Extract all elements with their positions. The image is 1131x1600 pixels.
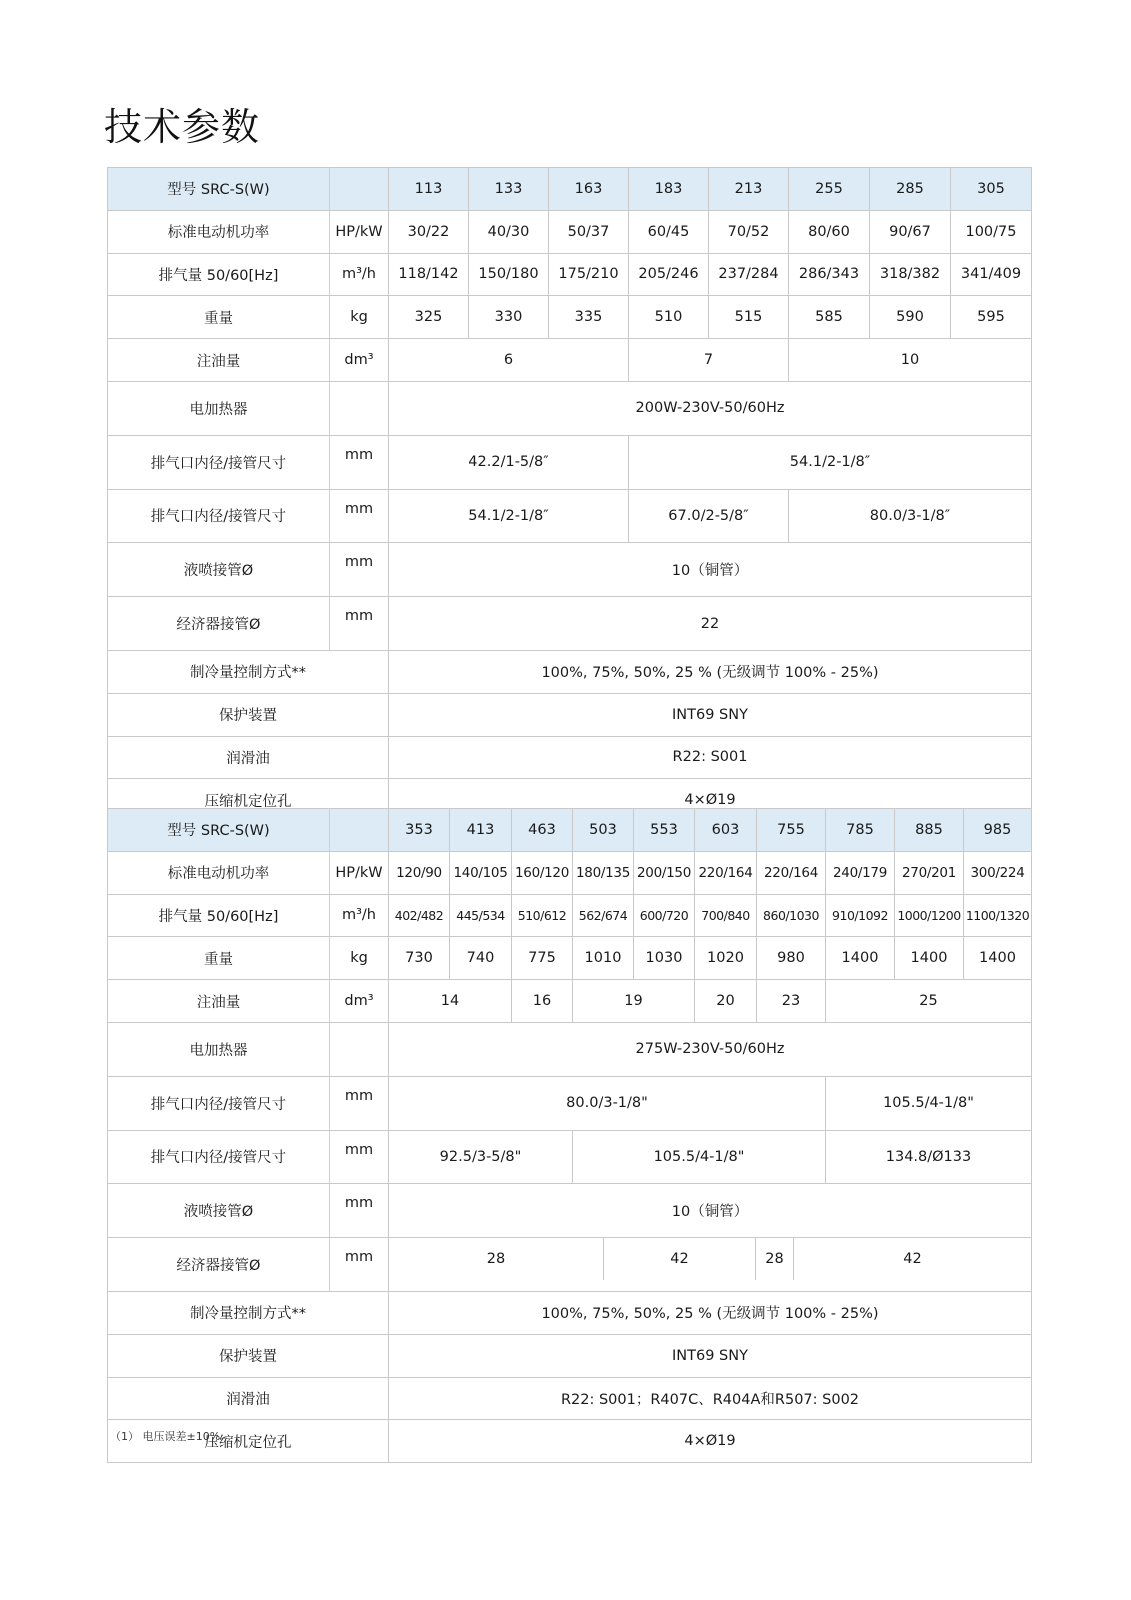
value-cell: 23 bbox=[757, 980, 826, 1023]
row-label: 排气口内径/接管尺寸 bbox=[108, 489, 330, 543]
value-cell: 1100/1320 bbox=[964, 894, 1032, 937]
value-cell: 42 bbox=[793, 1238, 1031, 1280]
value-cell: 910/1092 bbox=[826, 894, 895, 937]
value-cell: 100%, 75%, 50%, 25 % (无级调节 100% - 25%) bbox=[389, 1291, 1032, 1334]
page-title: 技术参数 bbox=[104, 96, 260, 151]
value-cell: 20 bbox=[695, 980, 757, 1023]
model-cell: 785 bbox=[826, 809, 895, 852]
value-cell: 67.0/2-5/8″ bbox=[629, 489, 789, 543]
value-cell: 105.5/4-1/8" bbox=[573, 1130, 826, 1184]
table-row-discharge-1: 排气口内径/接管尺寸 mm 42.2/1-5/8″ 54.1/2-1/8″ bbox=[108, 435, 1032, 489]
value-cell: 1020 bbox=[695, 937, 757, 980]
unit-cell: mm bbox=[330, 1238, 389, 1292]
model-cell: 163 bbox=[549, 168, 629, 211]
table-row-oil-charge: 注油量 dm³ 14 16 19 20 23 25 bbox=[108, 980, 1032, 1023]
value-cell: 60/45 bbox=[629, 210, 709, 253]
model-cell: 553 bbox=[634, 809, 695, 852]
unit-cell bbox=[330, 168, 389, 211]
value-cell: 92.5/3-5/8" bbox=[389, 1130, 573, 1184]
value-cell: 80.0/3-1/8″ bbox=[789, 489, 1032, 543]
value-cell: 100/75 bbox=[951, 210, 1032, 253]
table-row-power: 标准电动机功率 HP/kW 120/90 140/105 160/120 180… bbox=[108, 851, 1032, 894]
table-row-oil-charge: 注油量 dm³ 6 7 10 bbox=[108, 339, 1032, 382]
unit-cell bbox=[330, 1022, 389, 1076]
unit-cell: mm bbox=[330, 597, 389, 651]
value-cell: 6 bbox=[389, 339, 629, 382]
row-label: 排气量 50/60[Hz] bbox=[108, 253, 330, 296]
table-row-weight: 重量 kg 730 740 775 1010 1030 1020 980 140… bbox=[108, 937, 1032, 980]
value-cell: 860/1030 bbox=[757, 894, 826, 937]
value-cell: 341/409 bbox=[951, 253, 1032, 296]
row-label: 电加热器 bbox=[108, 1022, 330, 1076]
value-cell: 220/164 bbox=[757, 851, 826, 894]
table-row-liquid-injection: 液喷接管Ø mm 10（铜管） bbox=[108, 1184, 1032, 1238]
value-cell: 240/179 bbox=[826, 851, 895, 894]
value-cell: 10（铜管） bbox=[389, 1184, 1032, 1238]
table-row-displacement: 排气量 50/60[Hz] m³/h 402/482 445/534 510/6… bbox=[108, 894, 1032, 937]
model-cell: 255 bbox=[789, 168, 870, 211]
row-label: 制冷量控制方式** bbox=[108, 650, 389, 693]
unit-cell: dm³ bbox=[330, 980, 389, 1023]
model-cell: 755 bbox=[757, 809, 826, 852]
row-label: 标准电动机功率 bbox=[108, 851, 330, 894]
value-cell: 510/612 bbox=[512, 894, 573, 937]
value-cell: 510 bbox=[629, 296, 709, 339]
value-cell: INT69 SNY bbox=[389, 1334, 1032, 1377]
table-row-liquid-injection: 液喷接管Ø mm 10（铜管） bbox=[108, 543, 1032, 597]
row-label: 注油量 bbox=[108, 339, 330, 382]
value-cell: 42 bbox=[603, 1238, 755, 1280]
row-label: 保护装置 bbox=[108, 693, 389, 736]
model-cell: 305 bbox=[951, 168, 1032, 211]
value-cell: 700/840 bbox=[695, 894, 757, 937]
table-row-capacity-control: 制冷量控制方式** 100%, 75%, 50%, 25 % (无级调节 100… bbox=[108, 650, 1032, 693]
table-row-model: 型号 SRC-S(W) 353 413 463 503 553 603 755 … bbox=[108, 809, 1032, 852]
model-label: 型号 SRC-S(W) bbox=[108, 168, 330, 211]
value-cell: 515 bbox=[709, 296, 789, 339]
value-cell: 585 bbox=[789, 296, 870, 339]
value-cell: 1030 bbox=[634, 937, 695, 980]
value-cell: 150/180 bbox=[469, 253, 549, 296]
value-cell: 7 bbox=[629, 339, 789, 382]
table-row-discharge-2: 排气口内径/接管尺寸 mm 92.5/3-5/8" 105.5/4-1/8" 1… bbox=[108, 1130, 1032, 1184]
value-cell: INT69 SNY bbox=[389, 693, 1032, 736]
value-cell: 237/284 bbox=[709, 253, 789, 296]
row-label: 排气量 50/60[Hz] bbox=[108, 894, 330, 937]
model-cell: 503 bbox=[573, 809, 634, 852]
table-row-lubricant: 润滑油 R22: S001；R407C、R404A和R507: S002 bbox=[108, 1377, 1032, 1420]
value-cell: 30/22 bbox=[389, 210, 469, 253]
value-cell: 118/142 bbox=[389, 253, 469, 296]
model-cell: 413 bbox=[450, 809, 512, 852]
value-cell: 325 bbox=[389, 296, 469, 339]
row-label: 经济器接管Ø bbox=[108, 1238, 330, 1292]
row-label: 重量 bbox=[108, 296, 330, 339]
spec-table-2: 型号 SRC-S(W) 353 413 463 503 553 603 755 … bbox=[107, 808, 1032, 1463]
economizer-split-cell: 28 42 28 42 bbox=[389, 1238, 1032, 1292]
table-row-protection: 保护装置 INT69 SNY bbox=[108, 1334, 1032, 1377]
unit-cell: mm bbox=[330, 1184, 389, 1238]
row-label: 经济器接管Ø bbox=[108, 597, 330, 651]
unit-cell: dm³ bbox=[330, 339, 389, 382]
value-cell: 270/201 bbox=[895, 851, 964, 894]
value-cell: 220/164 bbox=[695, 851, 757, 894]
model-label: 型号 SRC-S(W) bbox=[108, 809, 330, 852]
value-cell: R22: S001；R407C、R404A和R507: S002 bbox=[389, 1377, 1032, 1420]
table-row-heater: 电加热器 200W-230V-50/60Hz bbox=[108, 381, 1032, 435]
value-cell: 19 bbox=[573, 980, 695, 1023]
row-label: 润滑油 bbox=[108, 736, 389, 779]
value-cell: 330 bbox=[469, 296, 549, 339]
value-cell: 600/720 bbox=[634, 894, 695, 937]
row-label: 保护装置 bbox=[108, 1334, 389, 1377]
value-cell: 205/246 bbox=[629, 253, 709, 296]
row-label: 电加热器 bbox=[108, 381, 330, 435]
spec-table-1: 型号 SRC-S(W) 113 133 163 183 213 255 285 … bbox=[107, 167, 1032, 822]
value-cell: 335 bbox=[549, 296, 629, 339]
row-label: 液喷接管Ø bbox=[108, 1184, 330, 1238]
value-cell: 25 bbox=[826, 980, 1032, 1023]
unit-cell: HP/kW bbox=[330, 210, 389, 253]
table-row-lubricant: 润滑油 R22: S001 bbox=[108, 736, 1032, 779]
value-cell: 300/224 bbox=[964, 851, 1032, 894]
value-cell: 4×Ø19 bbox=[389, 1420, 1032, 1463]
value-cell: 90/67 bbox=[870, 210, 951, 253]
value-cell: 318/382 bbox=[870, 253, 951, 296]
unit-cell: kg bbox=[330, 937, 389, 980]
model-cell: 885 bbox=[895, 809, 964, 852]
unit-cell: mm bbox=[330, 435, 389, 489]
row-label: 排气口内径/接管尺寸 bbox=[108, 1076, 330, 1130]
unit-cell: mm bbox=[330, 1130, 389, 1184]
value-cell: 140/105 bbox=[450, 851, 512, 894]
table-row-protection: 保护装置 INT69 SNY bbox=[108, 693, 1032, 736]
unit-cell bbox=[330, 809, 389, 852]
table-row-economizer: 经济器接管Ø mm 28 42 28 42 bbox=[108, 1238, 1032, 1292]
value-cell: 42.2/1-5/8″ bbox=[389, 435, 629, 489]
footnote: （1） 电压误差±10% bbox=[110, 1428, 220, 1444]
value-cell: 1400 bbox=[826, 937, 895, 980]
value-cell: 175/210 bbox=[549, 253, 629, 296]
value-cell: 80.0/3-1/8" bbox=[389, 1076, 826, 1130]
value-cell: 730 bbox=[389, 937, 450, 980]
value-cell: 562/674 bbox=[573, 894, 634, 937]
value-cell: 100%, 75%, 50%, 25 % (无级调节 100% - 25%) bbox=[389, 650, 1032, 693]
row-label: 排气口内径/接管尺寸 bbox=[108, 1130, 330, 1184]
model-cell: 985 bbox=[964, 809, 1032, 852]
value-cell: 275W-230V-50/60Hz bbox=[389, 1022, 1032, 1076]
model-cell: 603 bbox=[695, 809, 757, 852]
value-cell: 1400 bbox=[964, 937, 1032, 980]
value-cell: 105.5/4-1/8" bbox=[826, 1076, 1032, 1130]
value-cell: 22 bbox=[389, 597, 1032, 651]
table-row-model: 型号 SRC-S(W) 113 133 163 183 213 255 285 … bbox=[108, 168, 1032, 211]
row-label: 注油量 bbox=[108, 980, 330, 1023]
value-cell: 200W-230V-50/60Hz bbox=[389, 381, 1032, 435]
value-cell: 28 bbox=[389, 1238, 603, 1280]
model-cell: 213 bbox=[709, 168, 789, 211]
value-cell: 590 bbox=[870, 296, 951, 339]
unit-cell: m³/h bbox=[330, 253, 389, 296]
value-cell: 595 bbox=[951, 296, 1032, 339]
row-label: 制冷量控制方式** bbox=[108, 1291, 389, 1334]
table-row-discharge-2: 排气口内径/接管尺寸 mm 54.1/2-1/8″ 67.0/2-5/8″ 80… bbox=[108, 489, 1032, 543]
value-cell: 160/120 bbox=[512, 851, 573, 894]
table-row-capacity-control: 制冷量控制方式** 100%, 75%, 50%, 25 % (无级调节 100… bbox=[108, 1291, 1032, 1334]
table-row-discharge-1: 排气口内径/接管尺寸 mm 80.0/3-1/8" 105.5/4-1/8" bbox=[108, 1076, 1032, 1130]
unit-cell: mm bbox=[330, 1076, 389, 1130]
value-cell: 180/135 bbox=[573, 851, 634, 894]
unit-cell: mm bbox=[330, 543, 389, 597]
model-cell: 133 bbox=[469, 168, 549, 211]
value-cell: 134.8/Ø133 bbox=[826, 1130, 1032, 1184]
value-cell: 54.1/2-1/8″ bbox=[389, 489, 629, 543]
value-cell: 1400 bbox=[895, 937, 964, 980]
row-label: 液喷接管Ø bbox=[108, 543, 330, 597]
value-cell: 1010 bbox=[573, 937, 634, 980]
value-cell: R22: S001 bbox=[389, 736, 1032, 779]
unit-cell: kg bbox=[330, 296, 389, 339]
table-row-mounting: 压缩机定位孔 4×Ø19 bbox=[108, 1420, 1032, 1463]
value-cell: 1000/1200 bbox=[895, 894, 964, 937]
value-cell: 54.1/2-1/8″ bbox=[629, 435, 1032, 489]
unit-cell bbox=[330, 381, 389, 435]
table-row-heater: 电加热器 275W-230V-50/60Hz bbox=[108, 1022, 1032, 1076]
value-cell: 50/37 bbox=[549, 210, 629, 253]
value-cell: 80/60 bbox=[789, 210, 870, 253]
value-cell: 14 bbox=[389, 980, 512, 1023]
value-cell: 980 bbox=[757, 937, 826, 980]
value-cell: 775 bbox=[512, 937, 573, 980]
row-label: 标准电动机功率 bbox=[108, 210, 330, 253]
row-label: 润滑油 bbox=[108, 1377, 389, 1420]
value-cell: 200/150 bbox=[634, 851, 695, 894]
model-cell: 463 bbox=[512, 809, 573, 852]
table-row-weight: 重量 kg 325 330 335 510 515 585 590 595 bbox=[108, 296, 1032, 339]
value-cell: 40/30 bbox=[469, 210, 549, 253]
unit-cell: HP/kW bbox=[330, 851, 389, 894]
model-cell: 353 bbox=[389, 809, 450, 852]
value-cell: 120/90 bbox=[389, 851, 450, 894]
model-cell: 113 bbox=[389, 168, 469, 211]
value-cell: 10 bbox=[789, 339, 1032, 382]
table-row-displacement: 排气量 50/60[Hz] m³/h 118/142 150/180 175/2… bbox=[108, 253, 1032, 296]
value-cell: 28 bbox=[755, 1238, 793, 1280]
row-label: 重量 bbox=[108, 937, 330, 980]
unit-cell: mm bbox=[330, 489, 389, 543]
model-cell: 183 bbox=[629, 168, 709, 211]
value-cell: 10（铜管） bbox=[389, 543, 1032, 597]
value-cell: 402/482 bbox=[389, 894, 450, 937]
row-label: 排气口内径/接管尺寸 bbox=[108, 435, 330, 489]
unit-cell: m³/h bbox=[330, 894, 389, 937]
table-row-power: 标准电动机功率 HP/kW 30/22 40/30 50/37 60/45 70… bbox=[108, 210, 1032, 253]
value-cell: 16 bbox=[512, 980, 573, 1023]
value-cell: 70/52 bbox=[709, 210, 789, 253]
model-cell: 285 bbox=[870, 168, 951, 211]
value-cell: 740 bbox=[450, 937, 512, 980]
value-cell: 286/343 bbox=[789, 253, 870, 296]
value-cell: 445/534 bbox=[450, 894, 512, 937]
table-row-economizer: 经济器接管Ø mm 22 bbox=[108, 597, 1032, 651]
